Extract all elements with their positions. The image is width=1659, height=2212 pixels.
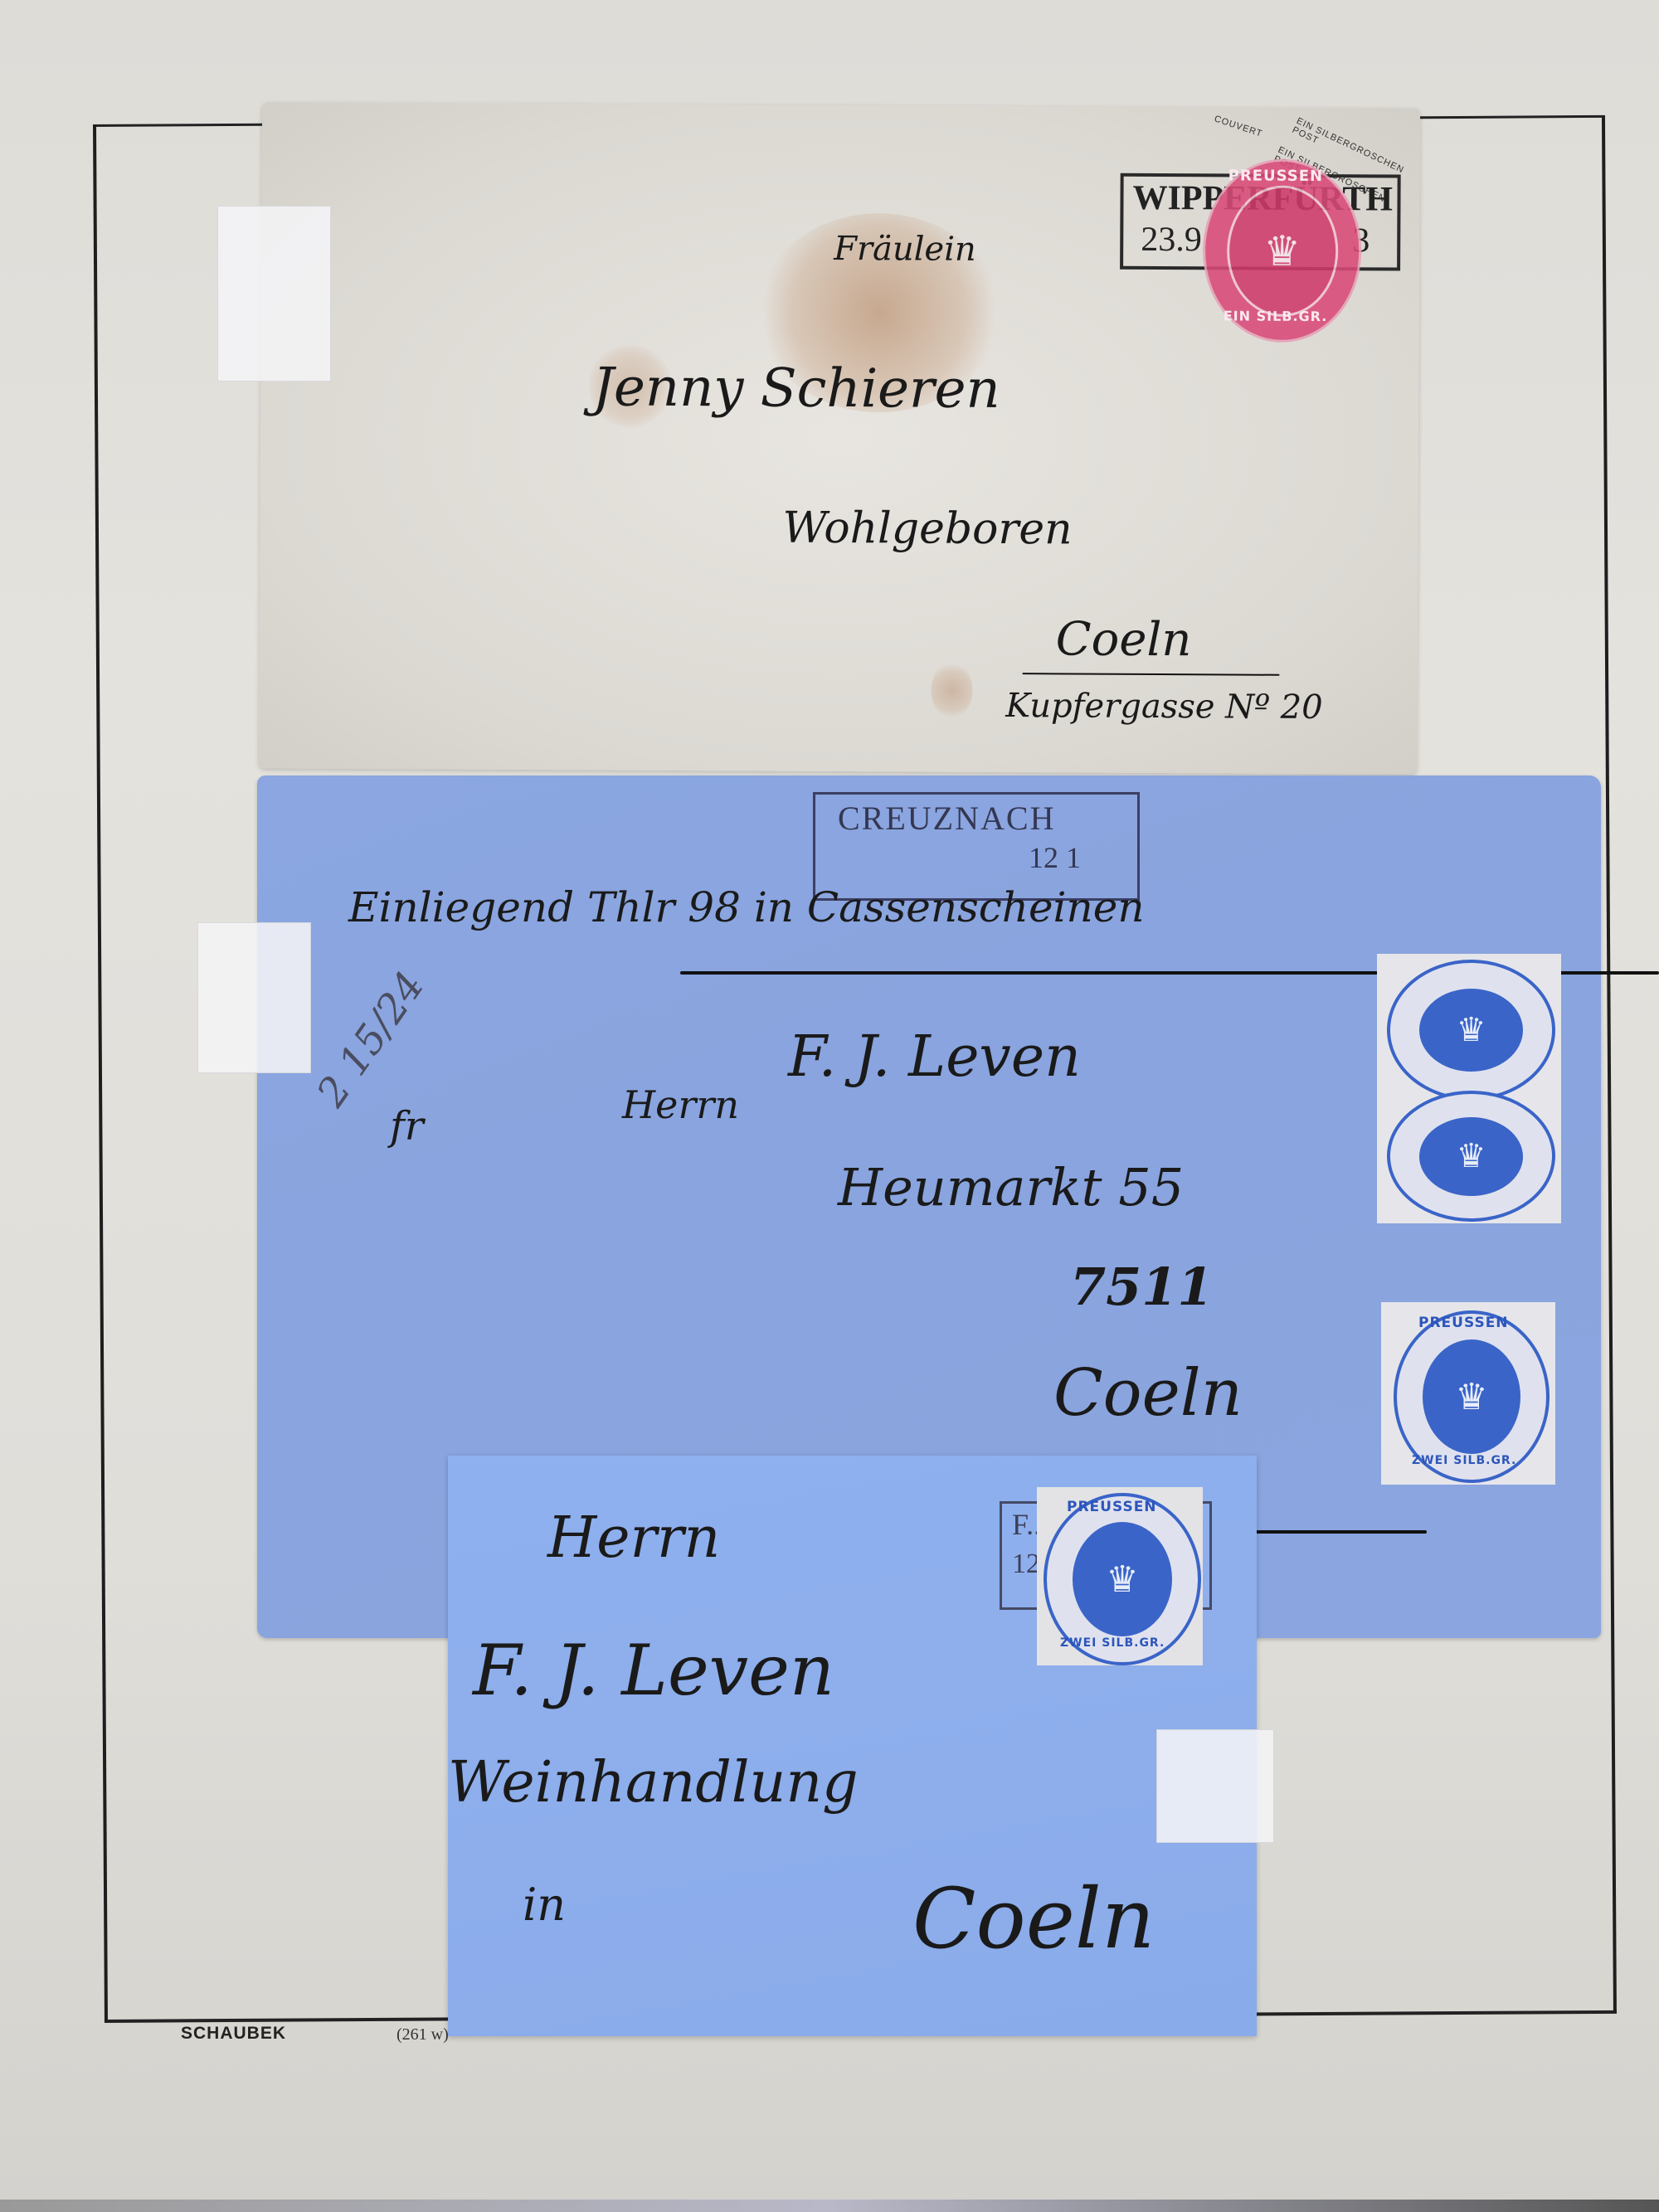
address-line-4: Coeln: [1056, 612, 1192, 667]
eagle-icon: ♛: [1457, 1011, 1486, 1049]
stamp-country: PREUSSEN: [1228, 167, 1324, 185]
stamp-blue-2sgr-2[interactable]: ♛: [1387, 1091, 1555, 1222]
postmark-town: CREUZNACH: [838, 799, 1055, 838]
cover-1-envelope[interactable]: COUVERT EIN SILBERGROSCHEN POST EIN SILB…: [259, 102, 1420, 774]
album-page-code: (261 w): [397, 2025, 449, 2044]
stain: [931, 662, 972, 720]
postmark-date: 12 1: [1029, 840, 1081, 875]
address-line-5: Coeln: [1053, 1356, 1243, 1431]
header-line: Einliegend Thlr 98 in Cassenscheinen: [348, 883, 1145, 931]
photo-bottom-edge: [0, 2200, 1659, 2212]
stamp-country: PREUSSEN: [1418, 1315, 1509, 1331]
address-line-3: Heumarkt 55: [838, 1157, 1184, 1218]
side-note-1: 2 15/24: [308, 964, 433, 1116]
address-line-1: Fräulein: [834, 230, 976, 269]
postmark-date: 23.9: [1141, 220, 1202, 260]
side-note-2: fr: [390, 1103, 424, 1150]
album-publisher: SCHAUBEK: [181, 2024, 286, 2044]
eagle-icon: ♛: [1455, 1376, 1487, 1418]
address-line-3: Wohlgeboren: [782, 503, 1072, 555]
stamp-value: ZWEI SILB.GR.: [1412, 1454, 1516, 1467]
postmark-date: 12: [1012, 1548, 1040, 1580]
stamp-country: PREUSSEN: [1067, 1499, 1157, 1515]
eagle-icon: ♛: [1106, 1558, 1138, 1601]
hinge-mount: [197, 922, 311, 1073]
address-line-4: 7511: [1070, 1257, 1214, 1317]
address-line-2: Jenny Schieren: [592, 357, 1000, 421]
address-line-2: F. J. Leven: [788, 1024, 1081, 1090]
address-line-1: Herrn: [622, 1082, 739, 1127]
address-line-5: Kupfergasse Nº 20: [1005, 687, 1323, 727]
stamp-value: EIN SILB.GR.: [1224, 308, 1328, 324]
underline: [1023, 673, 1280, 676]
address-line-5: Coeln: [912, 1870, 1155, 1967]
cover-3-envelope[interactable]: F... 12 ♛ PREUSSEN ZWEI SILB.GR. Herrn F…: [448, 1456, 1257, 2036]
eagle-icon: ♛: [1457, 1137, 1486, 1175]
address-line-1: Herrn: [547, 1505, 720, 1571]
hinge-mount: [217, 206, 331, 382]
imprint-couvert: COUVERT: [1213, 114, 1263, 139]
address-line-2: F. J. Leven: [473, 1630, 834, 1711]
stamp-blue-2sgr-1[interactable]: ♛: [1387, 960, 1555, 1101]
address-line-3: Weinhandlung: [448, 1750, 859, 1816]
stamp-value: ZWEI SILB.GR.: [1060, 1636, 1165, 1650]
hinge-mount: [1156, 1729, 1274, 1843]
eagle-icon: ♛: [1263, 226, 1301, 275]
address-line-4: in: [523, 1879, 566, 1931]
